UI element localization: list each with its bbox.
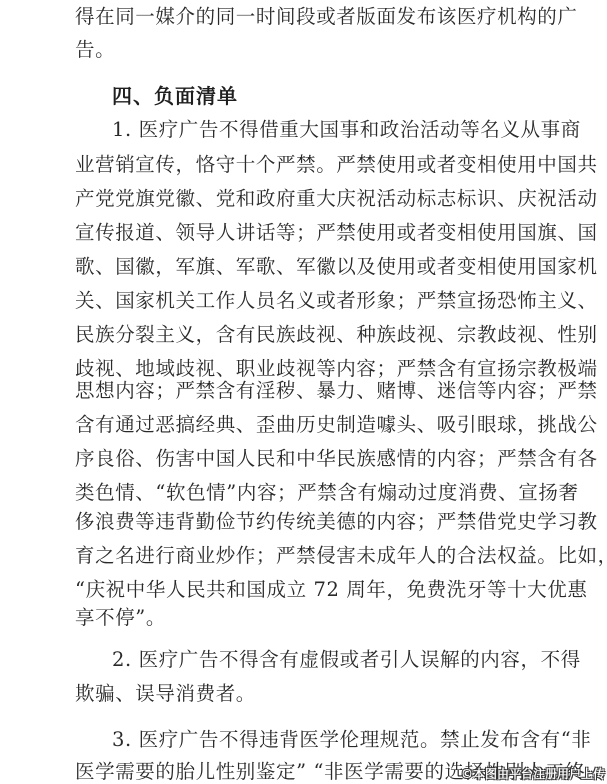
item2-line-1: 2. 医疗广告不得含有虚假或者引人误解的内容，不得 xyxy=(112,648,545,672)
item1-line-14: 育之名进行商业炒作；严禁侵害未成年人的合法权益。比如， xyxy=(75,544,545,568)
intro-line-1: 得在同一媒介的同一时间段或者版面发布该医疗机构的广 xyxy=(75,5,545,29)
item1-line-9: 思想内容；严禁含有淫秽、暴力、赌博、迷信等内容；严禁 xyxy=(75,379,545,403)
document-page: 得在同一媒介的同一时间段或者版面发布该医疗机构的广 告。 四、负面清单 1. 医… xyxy=(0,0,607,784)
upload-watermark: ©本图由平台注册用户上传 xyxy=(461,765,605,782)
item1-line-1: 1. 医疗广告不得借重大国事和政治活动等名义从事商 xyxy=(112,118,545,142)
item1-line-12: 类色情、“软色情”内容；严禁含有煽动过度消费、宣扬奢 xyxy=(75,481,545,505)
item1-line-10: 含有通过恶搞经典、歪曲历史制造噱头、吸引眼球，挑战公 xyxy=(75,413,545,437)
item1-line-11: 序良俗、伤害中国人民和中华民族感情的内容；严禁含有各 xyxy=(75,447,545,471)
item1-line-7: 民族分裂主义，含有民族歧视、种族歧视、宗教歧视、性别 xyxy=(75,323,545,347)
item3-line-1: 3. 医疗广告不得违背医学伦理规范。禁止发布含有“非 xyxy=(112,728,545,752)
item1-line-2: 业营销宣传，恪守十个严禁。严禁使用或者变相使用中国共 xyxy=(75,153,545,177)
item1-line-13: 侈浪费等违背勤俭节约传统美德的内容；严禁借党史学习教 xyxy=(75,510,545,534)
item1-line-4: 宣传报道、领导人讲话等；严禁使用或者变相使用国旗、国 xyxy=(75,221,545,245)
intro-line-2: 告。 xyxy=(75,38,545,62)
item1-line-6: 关、国家机关工作人员名义或者形象；严禁宣扬恐怖主义、 xyxy=(75,289,545,313)
item2-line-2: 欺骗、误导消费者。 xyxy=(75,682,545,706)
item1-line-16: 享不停”。 xyxy=(75,606,545,630)
item1-line-15: “庆祝中华人民共和国成立 72 周年，免费洗牙等十大优惠 xyxy=(75,578,545,602)
section-heading: 四、负面清单 xyxy=(112,84,238,108)
item1-line-5: 歌、国徽，军旗、军歌、军徽以及使用或者变相使用国家机 xyxy=(75,255,545,279)
item1-line-8: 歧视、地域歧视、职业歧视等内容；严禁含有宣扬宗教极端 xyxy=(75,357,545,381)
item1-line-3: 产党党旗党徽、党和政府重大庆祝活动标志标识、庆祝活动 xyxy=(75,187,545,211)
